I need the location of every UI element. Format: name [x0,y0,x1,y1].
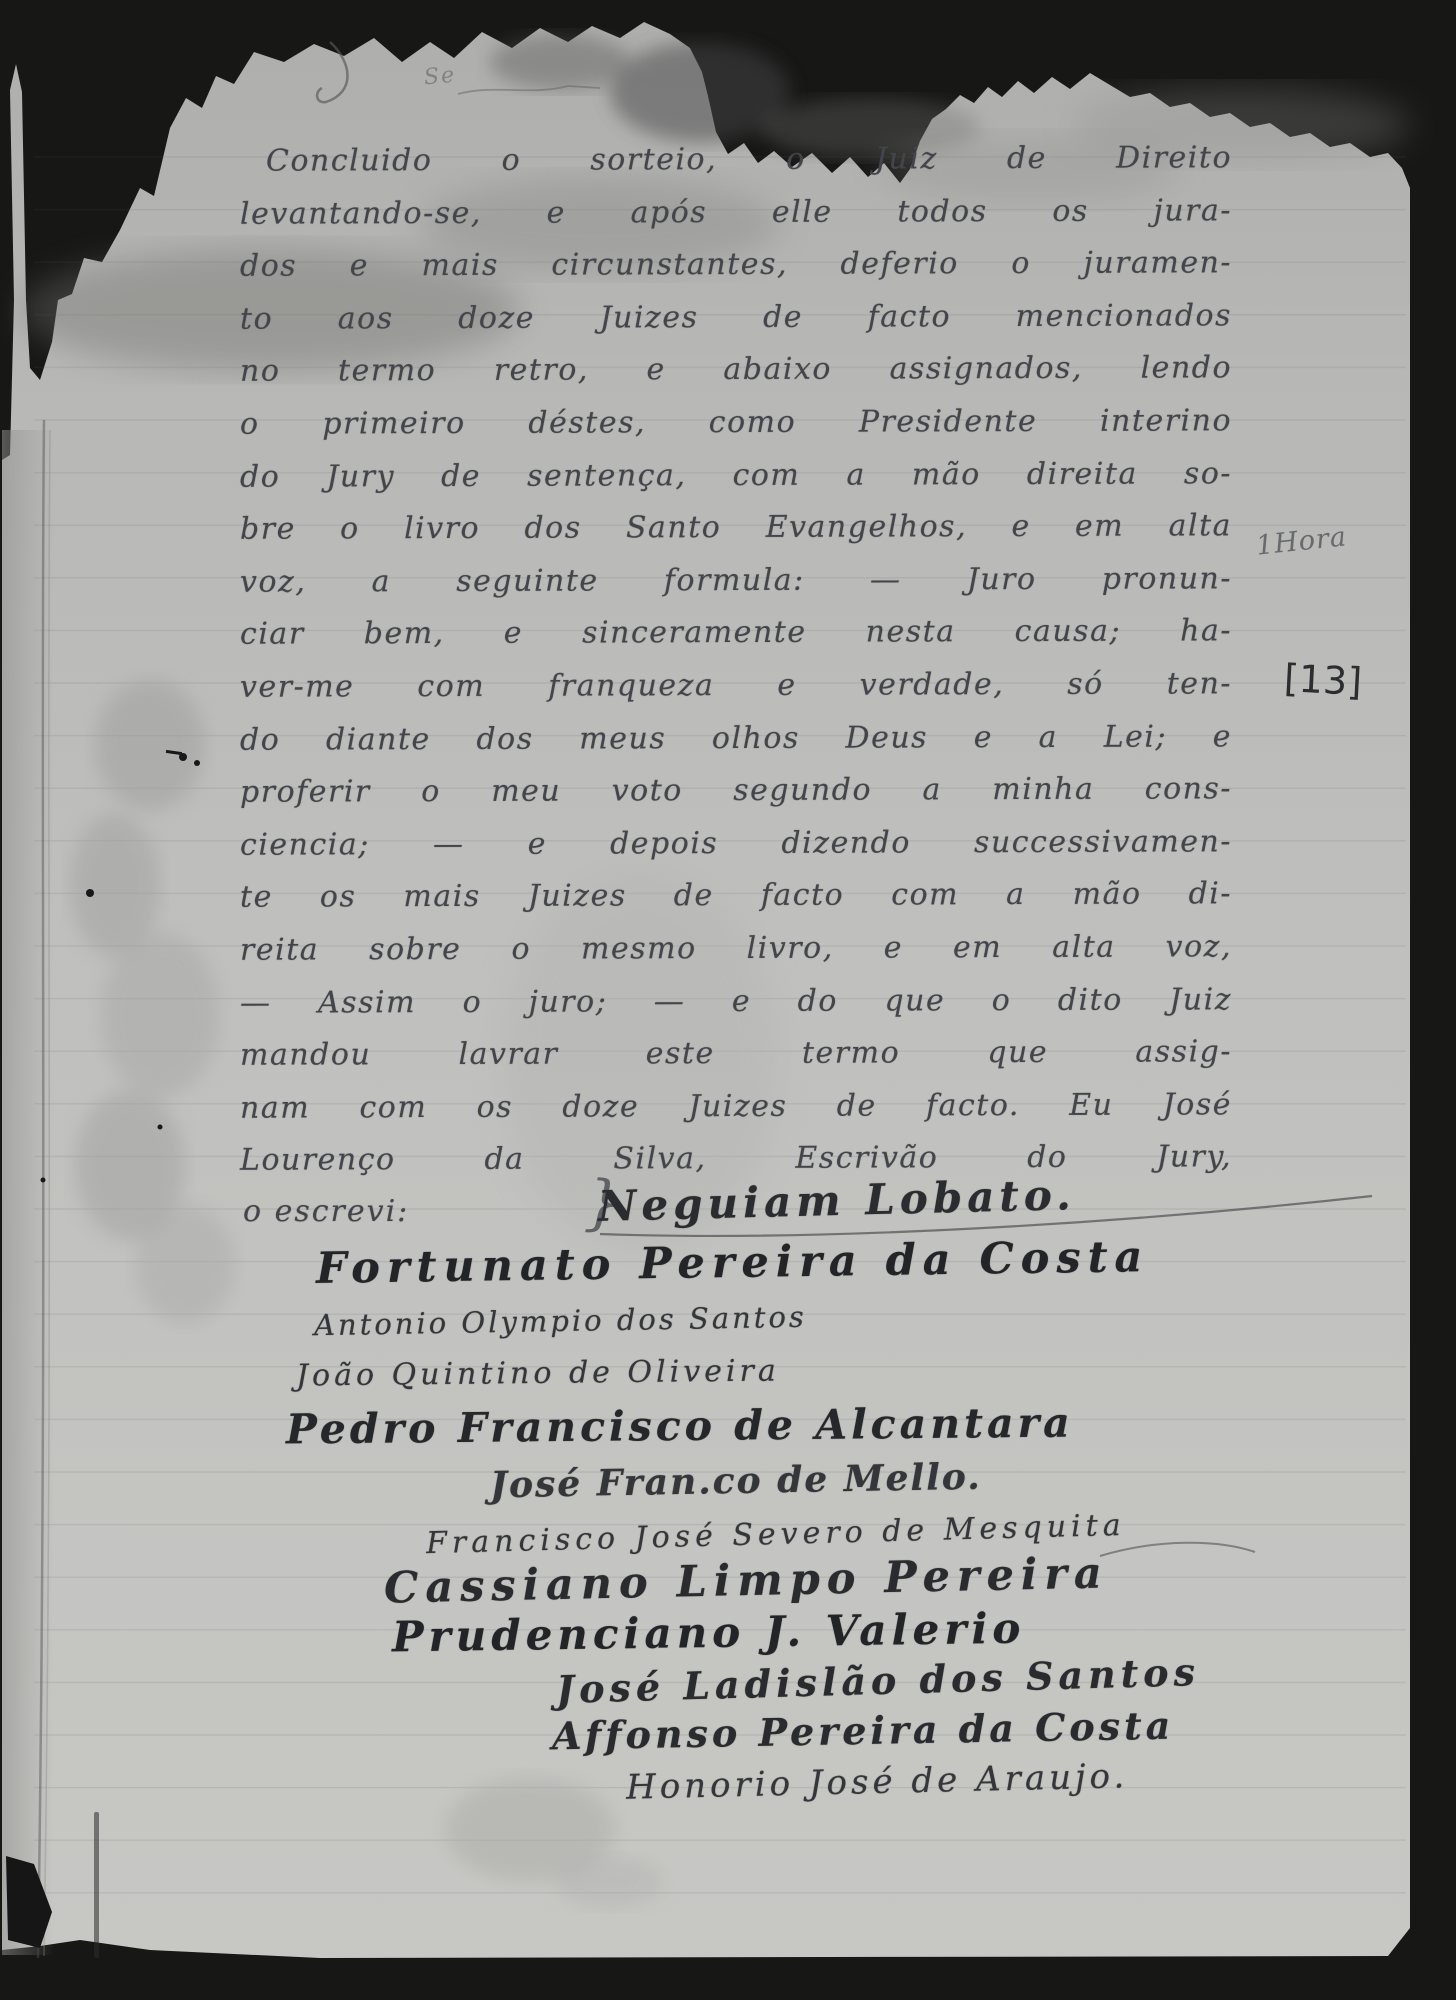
manuscript-line: te os mais Juizes de facto com a mão di- [240,869,1232,925]
manuscript-line: mandou lavrar este termo que assig- [240,1026,1232,1082]
scanned-document-page: Concluido o sorteio, o Juiz de Direito l… [0,0,1456,2000]
manuscript-body: Concluido o sorteio, o Juiz de Direito l… [240,134,1232,1186]
signature-juror: Prudenciano J. Valerio [392,1604,1026,1662]
manuscript-line: ver-me com franqueza e verdade, só ten- [240,658,1232,714]
manuscript-line: levantando-se, e após elle todos os jura… [240,185,1232,241]
manuscript-line: proferir o meu voto segundo a minha cons… [240,763,1232,819]
manuscript-line: do diante dos meus olhos Deus e a Lei; e [240,711,1232,767]
manuscript-line: voz, a seguinte formula: — Juro pronun- [240,553,1232,609]
top-scribble: Se [423,63,457,91]
manuscript-line: dos e mais circunstantes, deferio o jura… [240,237,1232,293]
manuscript-line: Concluido o sorteio, o Juiz de Direito [240,132,1232,188]
manuscript-line: ciencia; — e depois dizendo successivame… [240,816,1232,872]
manuscript-line: reita sobre o mesmo livro, e em alta voz… [240,921,1232,977]
manuscript-line: do Jury de sentença, com a mão direita s… [240,448,1232,504]
closing-phrase: o escrevi: [243,1194,409,1229]
manuscript-line: o primeiro déstes, como Presidente inter… [240,395,1232,451]
page-number-annotation: [13] [1283,656,1363,704]
manuscript-line: bre o livro dos Santo Evangelhos, e em a… [240,500,1232,556]
signature-juror: Pedro Francisco de Alcantara [286,1399,1074,1454]
signature-juror: João Quintino de Oliveira [296,1353,780,1393]
manuscript-line: — Assim o juro; — e do que o dito Juiz [240,974,1232,1030]
manuscript-line: to aos doze Juizes de facto mencionados [240,290,1232,346]
manuscript-line: ciar bem, e sinceramente nesta causa; ha… [240,606,1232,662]
manuscript-line: no termo retro, e abaixo assignados, len… [240,343,1232,399]
manuscript-line: nam com os doze Juizes de facto. Eu José [240,1079,1232,1135]
signature-juror: José Fran.co de Mello. [490,1456,982,1507]
